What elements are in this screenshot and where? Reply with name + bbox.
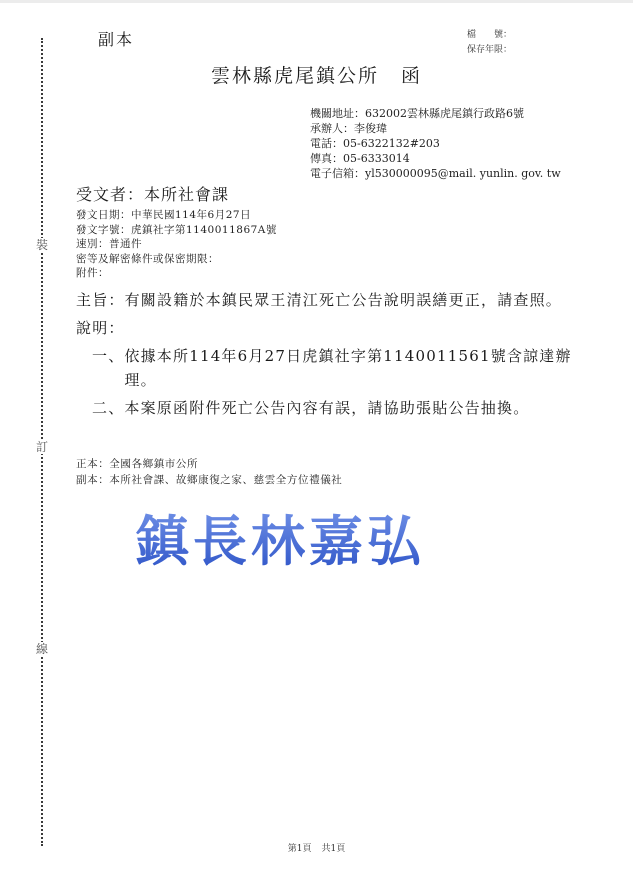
document-kind: 函 [401,65,422,87]
item-text: 依據本所114年6月27日虎鎮社字第1140011561號含諒達辦理。 [124,344,576,392]
issuing-organization: 雲林縣虎尾鎮公所 [211,65,379,87]
attachments: 附件： [76,266,277,281]
item-number: 二、 [92,396,124,420]
contact-block: 機關地址：632002雲林縣虎尾鎮行政路6號 承辦人：李俊瑋 電話：05-632… [310,106,561,181]
item-number: 一、 [92,344,124,392]
security-level: 密等及解密條件或保密期限： [76,252,277,267]
binding-mark-zhuang: 裝 [33,238,51,252]
explanation-item: 二、 本案原函附件死亡公告內容有誤，請協助張貼公告抽換。 [76,396,576,420]
page-footer: 第1頁共1頁 [0,841,633,854]
signature-graphic: 鎮長林嘉弘 [120,500,440,580]
explanation-label: 說明： [76,316,125,340]
page-number: 第1頁 [288,844,312,854]
document-title: 雲林縣虎尾鎮公所函 [0,61,633,88]
scan-top-edge [0,0,633,3]
archive-info: 檔 號： 保存年限： [467,28,512,58]
phone: 電話：05-6322132#203 [310,136,561,151]
email: 電子信箱：yl530000095@mail. yunlin. gov. tw [310,166,561,181]
retention-period-label: 保存年限： [467,43,512,58]
document-meta: 受文者：本所社會課 發文日期：中華民國114年6月27日 發文字號：虎鎮社字第1… [76,184,277,281]
original-recipients: 正本：全國各鄉鎮市公所 [76,456,342,472]
issue-date: 發文日期：中華民國114年6月27日 [76,208,277,223]
item-text: 本案原函附件死亡公告內容有誤，請協助張貼公告抽換。 [124,396,576,420]
fax: 傳真：05-6333014 [310,151,561,166]
document-body: 主旨： 有關設籍於本鎮民眾王清江死亡公告說明誤繕更正，請查照。 說明： 一、 依… [76,288,576,420]
subject-label: 主旨： [76,288,125,312]
copy-label: 副本 [98,27,134,50]
binding-mark-ding: 訂 [33,440,51,454]
subject-paragraph: 主旨： 有關設籍於本鎮民眾王清江死亡公告說明誤繕更正，請查照。 [76,288,576,312]
mayor-signature-stamp: 鎮長林嘉弘 [120,500,440,580]
explanation-heading: 說明： [76,316,576,340]
explanation-item: 一、 依據本所114年6月27日虎鎮社字第1140011561號含諒達辦理。 [76,344,576,392]
delivery-speed: 速別：普通件 [76,237,277,252]
subject-text: 有關設籍於本鎮民眾王清江死亡公告說明誤繕更正，請查照。 [125,288,576,312]
file-number-label: 檔 號： [467,28,512,43]
page-total: 共1頁 [322,844,346,854]
recipient: 受文者：本所社會課 [76,184,277,206]
binding-mark-xian: 線 [33,642,51,656]
handler: 承辦人：李俊瑋 [310,121,561,136]
document-number: 發文字號：虎鎮社字第1140011867A號 [76,223,277,238]
signature-text: 鎮長林嘉弘 [135,509,425,573]
agency-address: 機關地址：632002雲林縣虎尾鎮行政路6號 [310,106,561,121]
distribution-list: 正本：全國各鄉鎮市公所 副本：本所社會課、故鄉康復之家、慈雲全方位禮儀社 [76,456,342,488]
copy-recipients: 副本：本所社會課、故鄉康復之家、慈雲全方位禮儀社 [76,472,342,488]
